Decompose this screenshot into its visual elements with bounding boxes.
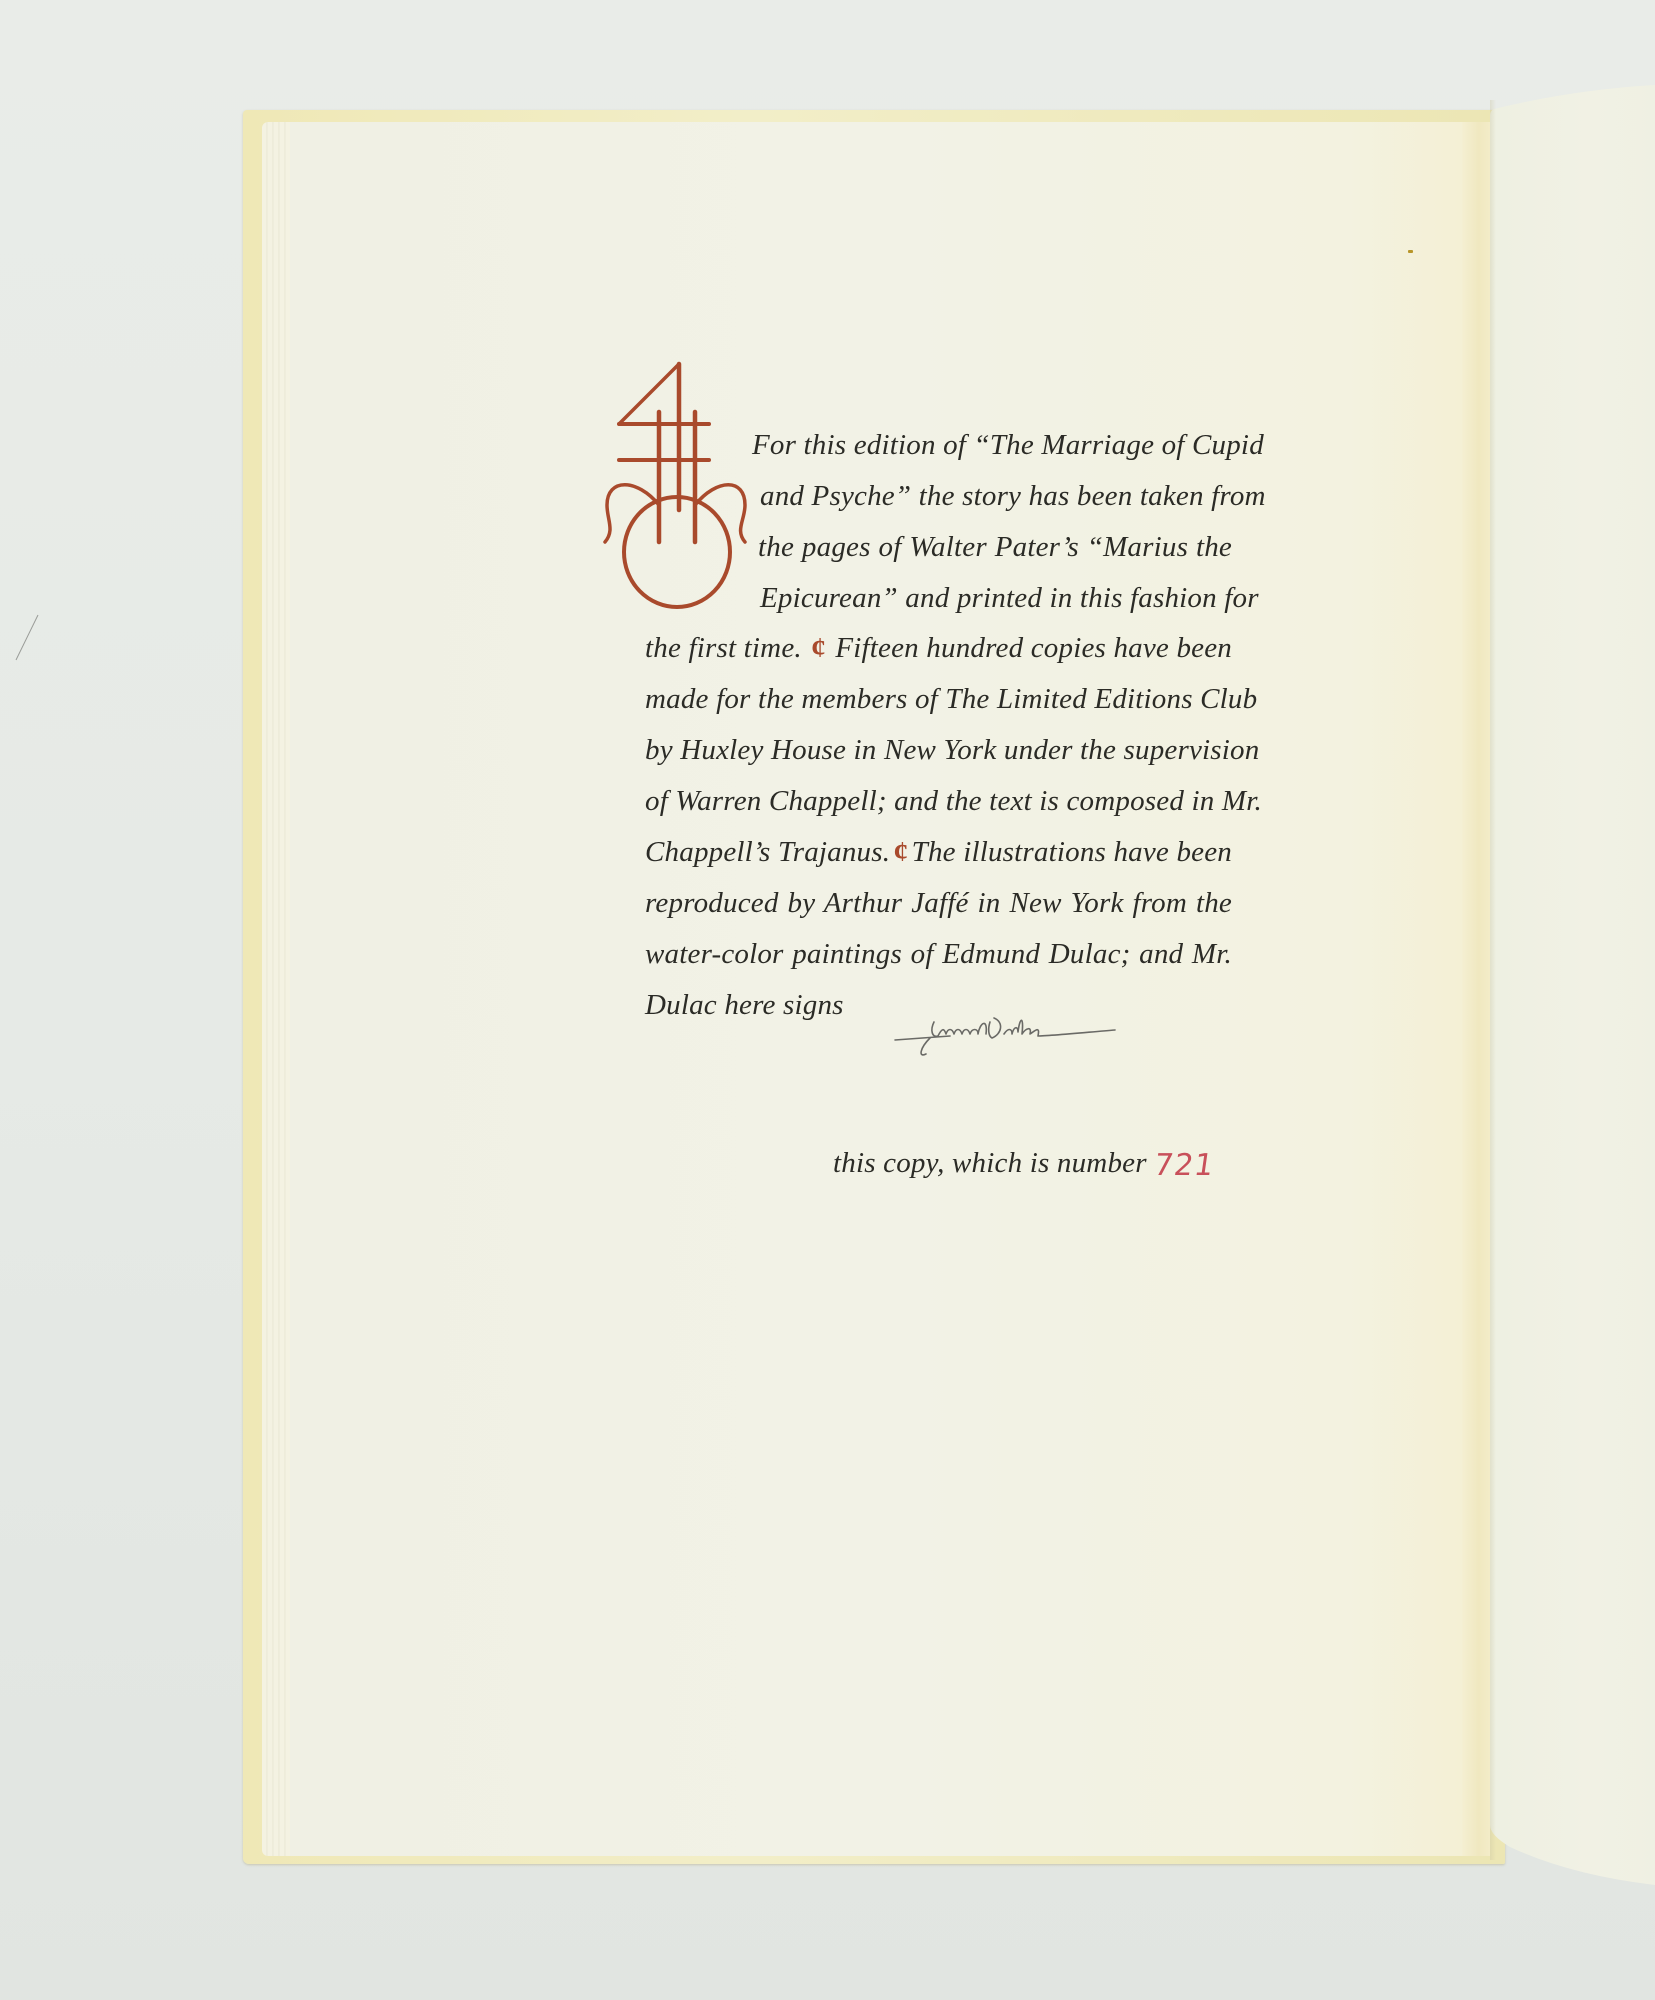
limitation-statement: this copy, which is number 721 xyxy=(833,1145,1214,1181)
signature-edmund-dulac xyxy=(890,1008,1120,1068)
colophon-line-4: Epicurean” and printed in this fashion f… xyxy=(760,580,1232,616)
colophon-line-3: the pages of Walter Pater’s “Marius the xyxy=(758,529,1232,565)
colophon-line-8: of Warren Chappell; and the text is comp… xyxy=(645,783,1232,819)
colophon-line-9b: The illustrations have been xyxy=(912,834,1232,870)
colophon-line-9: Chappell’s Trajanus. ¢ The illustrations… xyxy=(645,834,1232,870)
copy-number: 721 xyxy=(1152,1148,1217,1184)
colophon-text: For this edition of “The Marriage of Cup… xyxy=(0,0,1655,2000)
colophon-line-6: made for the members of The Limited Edit… xyxy=(645,681,1232,717)
colophon-line-9a: Chappell’s Trajanus. xyxy=(645,834,890,870)
colophon-line-5: the first time. ¢ Fifteen hundred copies… xyxy=(645,630,1232,666)
colophon-line-10: reproduced by Arthur Jaffé in New York f… xyxy=(645,885,1232,921)
colophon-line-5a: the first time. xyxy=(645,630,802,666)
colophon-line-1: For this edition of “The Marriage of Cup… xyxy=(752,427,1232,463)
limitation-text: this copy, which is number xyxy=(833,1147,1147,1179)
colophon-line-7: by Huxley House in New York under the su… xyxy=(645,732,1232,768)
section-mark-icon: ¢ xyxy=(811,630,826,666)
section-mark-icon: ¢ xyxy=(894,834,909,870)
colophon-line-5b: Fifteen hundred copies have been xyxy=(835,630,1232,666)
colophon-line-11: water-color paintings of Edmund Dulac; a… xyxy=(645,936,1232,972)
colophon-line-12: Dulac here signs xyxy=(645,987,844,1023)
colophon-line-2: and Psyche” the story has been taken fro… xyxy=(760,478,1232,514)
